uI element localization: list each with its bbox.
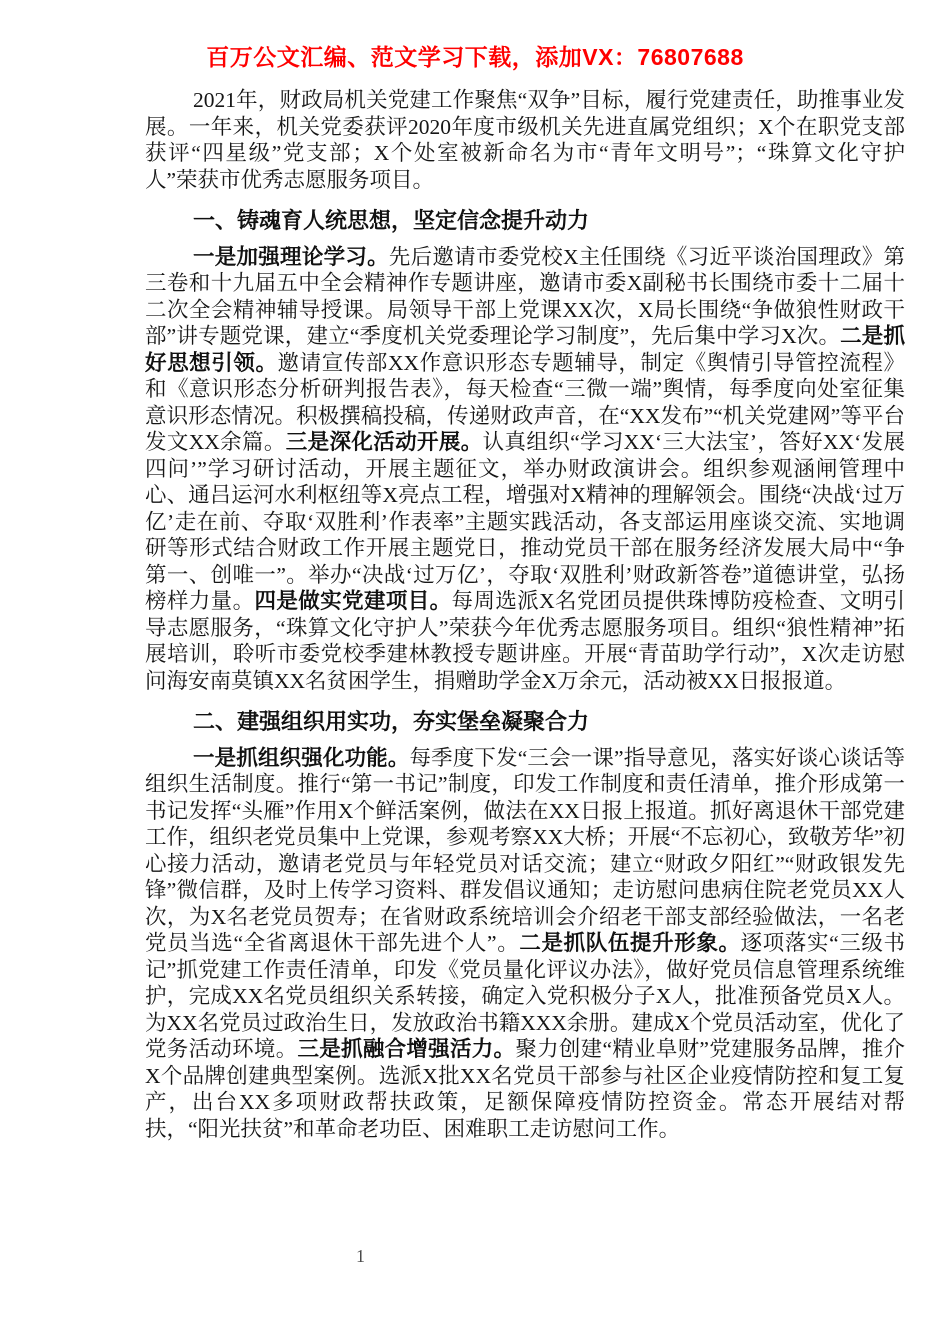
text-run: 每季度下发“三会一课”指导意见，落实好谈心谈话等组织生活制度。推行“第一书记”制… xyxy=(145,746,905,956)
text-run: 认真组织“学习XX‘三大法宝’，答好XX‘发展四问’”学习研讨活动，开展主题征文… xyxy=(145,430,905,613)
page-number: 1 xyxy=(356,1246,365,1266)
text-run: 2021年，财政局机关党建工作聚焦“双争”目标，履行党建责任，助推事业发展。一年… xyxy=(145,88,905,192)
bold-run: 一是抓组织强化功能。 xyxy=(193,746,409,770)
bold-run: 三是抓融合增强活力。 xyxy=(297,1037,515,1061)
body-paragraph: 2021年，财政局机关党建工作聚焦“双争”目标，履行党建责任，助推事业发展。一年… xyxy=(145,87,905,193)
document-page: 百万公文汇编、范文学习下载，添加VX：76807688 2021年，财政局机关党… xyxy=(0,0,950,1344)
bold-run: 二是抓队伍提升形象。 xyxy=(519,931,740,955)
document-body: 2021年，财政局机关党建工作聚焦“双争”目标，履行党建责任，助推事业发展。一年… xyxy=(145,87,905,1142)
bold-run: 四是做实党建项目。 xyxy=(254,589,451,613)
section-heading: 二、建强组织用实功，夯实堡垒凝聚合力 xyxy=(145,709,905,736)
body-paragraph: 一是加强理论学习。先后邀请市委党校X主任围绕《习近平谈治国理政》第三卷和十九届五… xyxy=(145,244,905,695)
bold-run: 二、建强组织用实功，夯实堡垒凝聚合力 xyxy=(193,709,589,734)
section-heading: 一、铸魂育人统思想，坚定信念提升动力 xyxy=(145,208,905,235)
header-notice: 百万公文汇编、范文学习下载，添加VX：76807688 xyxy=(0,44,950,71)
body-paragraph: 一是抓组织强化功能。每季度下发“三会一课”指导意见，落实好谈心谈话等组织生活制度… xyxy=(145,745,905,1143)
bold-run: 三是深化活动开展。 xyxy=(286,430,483,454)
bold-run: 一、铸魂育人统思想，坚定信念提升动力 xyxy=(193,208,589,233)
bold-run: 一是加强理论学习。 xyxy=(193,245,389,269)
